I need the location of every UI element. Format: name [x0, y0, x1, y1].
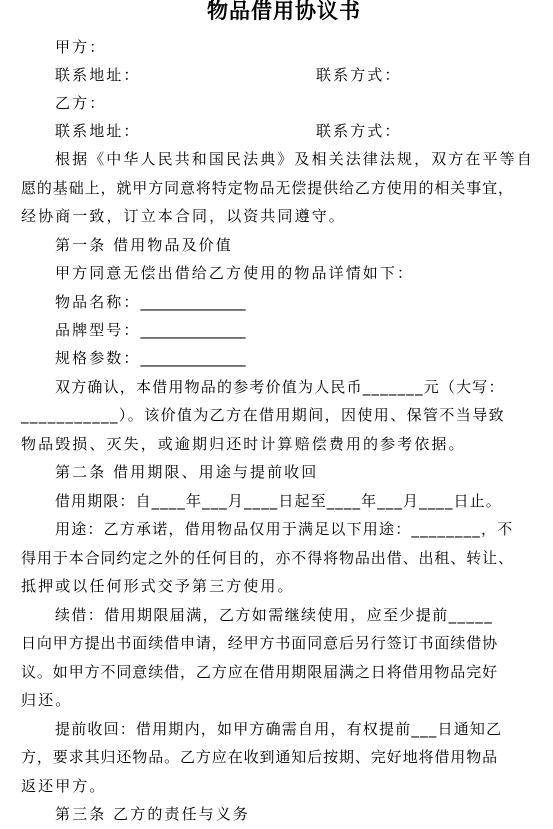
party-b-address-label: 联系地址：	[55, 121, 553, 141]
party-b-contact-label: 联系方式：	[316, 121, 402, 141]
early-recall-line-3: 返还甲方。	[21, 776, 521, 796]
article1-heading: 第一条 借用物品及价值	[55, 235, 553, 255]
renewal-line-3: 议。如甲方不同意续借，乙方应在借用期限届满之日将借用物品完好	[21, 662, 521, 682]
loan-period: 借用期限：自____年___月____日起至____年___月____日止。	[55, 491, 553, 511]
purpose-line-2: 得用于本合同约定之外的任何目的，亦不得将物品出借、出租、转让、	[21, 548, 521, 568]
item-name-field: 物品名称：______________	[55, 292, 553, 312]
party-a-contact-label: 联系方式：	[316, 65, 402, 85]
spec-label: 规格参数：	[55, 349, 141, 367]
brand-model-field: 品牌型号：______________	[55, 320, 553, 340]
document-title: 物品借用协议书	[0, 0, 553, 26]
article3-heading: 第三条 乙方的责任与义务	[55, 804, 553, 824]
party-b-label: 乙方：	[55, 93, 553, 113]
party-a-label: 甲方：	[55, 37, 553, 57]
party-a-address-label: 联系地址：	[55, 65, 553, 85]
early-recall-line-1: 提前收回：借用期内，如甲方确需自用，有权提前___日通知乙	[55, 719, 553, 739]
preamble-line-3: 经协商一致，订立本合同，以资共同遵守。	[21, 206, 521, 226]
value-clause-line-1: 双方确认，本借用物品的参考价值为人民币_______元（大写：	[55, 377, 553, 397]
preamble-line-2: 愿的基础上，就甲方同意将特定物品无偿提供给乙方使用的相关事宜，	[21, 178, 521, 198]
spec-blank: ______________	[141, 349, 246, 367]
item-name-label: 物品名称：	[55, 293, 141, 311]
article2-heading: 第二条 借用期限、用途与提前收回	[55, 462, 553, 482]
article1-intro: 甲方同意无偿出借给乙方使用的物品详情如下：	[55, 263, 553, 283]
early-recall-line-2: 方，要求其归还物品。乙方应在收到通知后按期、完好地将借用物品	[21, 747, 521, 767]
purpose-line-1: 用途：乙方承诺，借用物品仅用于满足以下用途：________，不	[55, 519, 553, 539]
preamble-line-1: 根据《中华人民共和国民法典》及相关法律法规，双方在平等自	[55, 149, 553, 169]
renewal-line-2: 日向甲方提出书面续借申请，经甲方书面同意后另行签订书面续借协	[21, 633, 521, 653]
value-clause-line-3: 物品毁损、灭失，或逾期归还时计算赔偿费用的参考依据。	[21, 434, 521, 454]
item-name-blank: ______________	[141, 293, 246, 311]
spec-field: 规格参数：______________	[55, 348, 553, 368]
purpose-line-3: 抵押或以任何形式交予第三方使用。	[21, 576, 521, 596]
brand-model-blank: ______________	[141, 321, 246, 339]
value-clause-line-2: ___________）。该价值为乙方在借用期间，因使用、保管不当导致	[21, 405, 521, 425]
renewal-line-1: 续借：借用期限届满，乙方如需继续使用，应至少提前_____	[55, 605, 553, 625]
brand-model-label: 品牌型号：	[55, 321, 141, 339]
renewal-line-4: 归还。	[21, 690, 521, 710]
